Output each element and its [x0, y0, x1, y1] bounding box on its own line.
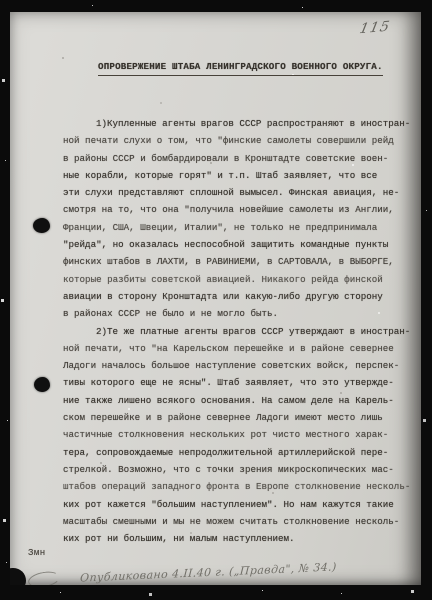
punch-hole-top: [33, 218, 50, 233]
text-line: в районах СССР не было и не могло быть.: [63, 305, 419, 322]
text-line: частичные столкновения нескольких рот чи…: [63, 426, 419, 443]
punch-hole-bottom: [34, 377, 50, 392]
text-line: эти слухи представляют сплошной вымысел.…: [63, 184, 419, 201]
photo-frame-specks: [0, 0, 1, 1]
text-line: ких рот ни большим, ни малым наступление…: [63, 530, 419, 547]
text-line: штабов операций западного фронта в Европ…: [63, 478, 419, 495]
text-line: в районы СССР и бомбардировали в Кроншта…: [63, 150, 419, 167]
handwritten-annotation: Опубликовано 4.II.40 г. („Правда", № 34.…: [80, 560, 337, 584]
text-line: ние также лишено всякого основания. На с…: [63, 392, 419, 409]
document-body: 1)Купленные агенты врагов СССР распростр…: [63, 115, 419, 547]
text-line: 2)Те же платные агенты врагов СССР утвер…: [63, 323, 419, 340]
text-line: масштабы смешными и мы не можем считать …: [63, 513, 419, 530]
text-line: ной печати, что "на Карельском перешейке…: [63, 340, 419, 357]
text-line: "рейда", но оказалась неспособной защити…: [63, 236, 419, 253]
text-line: ких рот кажется "большим наступлением". …: [63, 496, 419, 513]
text-line: авиации в сторону Кронштадта или какую-л…: [63, 288, 419, 305]
text-line: ной печати слухи о том, что "финские сам…: [63, 132, 419, 149]
text-line: 1)Купленные агенты врагов СССР распростр…: [63, 115, 419, 132]
text-line: ском перешейке и в районе севернее Ладог…: [63, 409, 419, 426]
text-line: Ладоги началось большое наступление сове…: [63, 357, 419, 374]
pencil-flourish: [27, 569, 61, 585]
text-line: стрелкой. Возможно, что с точки зрения м…: [63, 461, 419, 478]
text-line: тивы которого еще не ясны". Штаб заявляе…: [63, 374, 419, 391]
ink-blob-bottom-left: [10, 568, 26, 585]
paragraph-2: 2)Те же платные агенты врагов СССР утвер…: [63, 323, 419, 548]
typist-initials: Змн: [28, 548, 46, 558]
text-line: тера, сопровождаемые непродолжительной а…: [63, 444, 419, 461]
text-line: Франции, США, Швеции, Италии", не только…: [63, 219, 419, 236]
text-line: которые разбиты советской авиацией. Ника…: [63, 271, 419, 288]
text-line: ные корабли, которые горят" и т.п. Штаб …: [63, 167, 419, 184]
paragraph-1: 1)Купленные агенты врагов СССР распростр…: [63, 115, 419, 323]
page-number-handwritten: 115: [358, 19, 392, 38]
text-line: финских штабов в ЛАХТИ, в РАВИНИЕМИ, в С…: [63, 253, 419, 270]
scanned-document-photo: { "colors": { "paper": "#d7d6d2", "ink":…: [0, 0, 432, 600]
document-page: 115 ОПРОВЕРЖЕНИЕ ШТАБА ЛЕНИНГРАДСКОГО ВО…: [10, 12, 421, 585]
document-title: ОПРОВЕРЖЕНИЕ ШТАБА ЛЕНИНГРАДСКОГО ВОЕННО…: [98, 61, 383, 76]
text-line: смотря на то, что она "получила новейшие…: [63, 201, 419, 218]
paper-specks: [10, 12, 12, 14]
